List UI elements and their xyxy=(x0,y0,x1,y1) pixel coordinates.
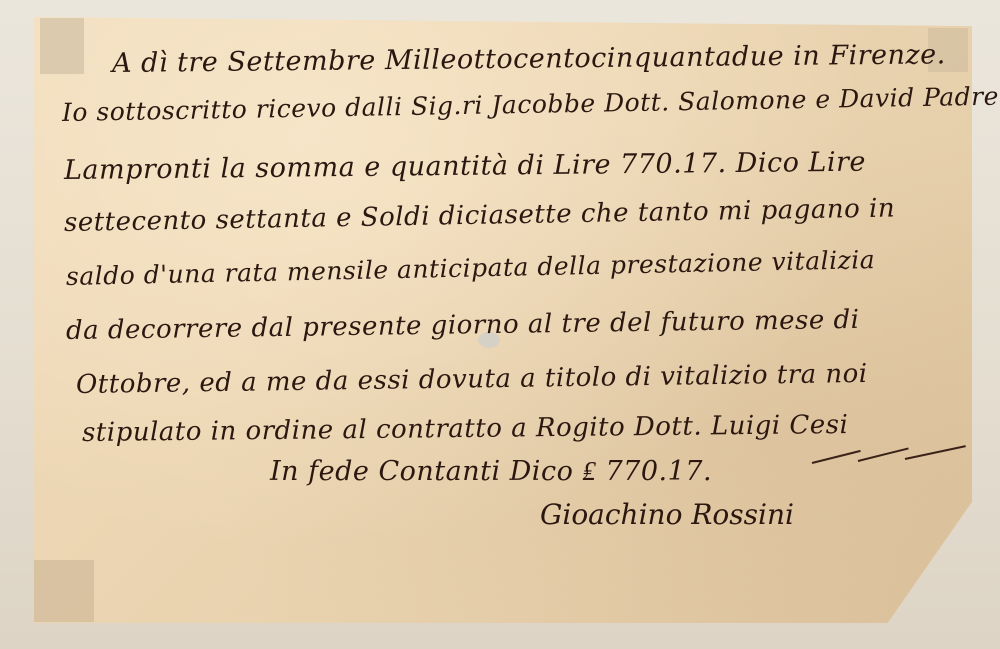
tape-mark-bottom-left xyxy=(34,560,94,622)
signature: Gioachino Rossini xyxy=(540,498,794,531)
tape-mark-top-left xyxy=(40,18,84,74)
closing-line: In fede Contanti Dico ₤ 770.17. xyxy=(270,456,712,487)
